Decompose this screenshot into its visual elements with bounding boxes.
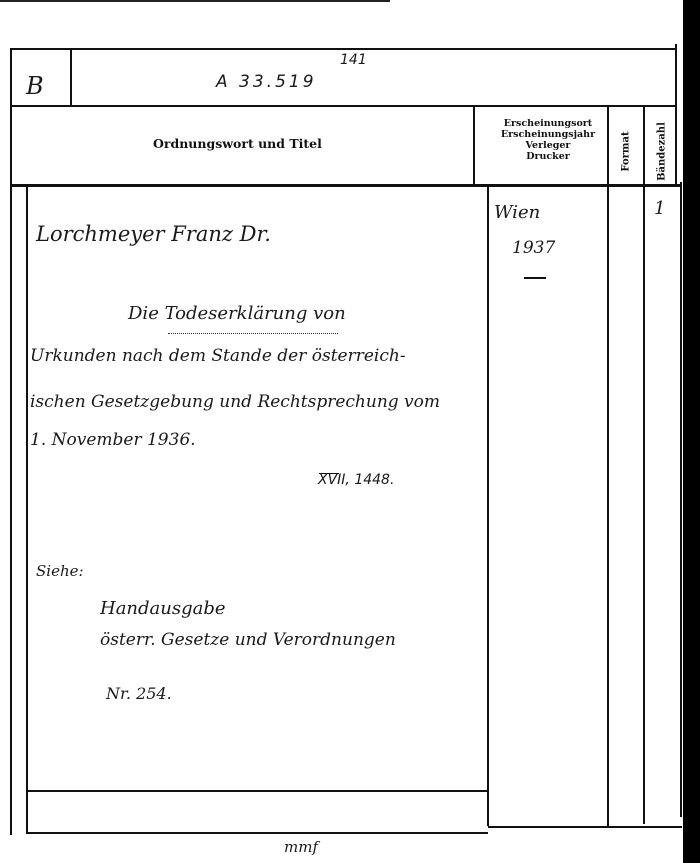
entry-title-line-3: ischen Gesetzgebung und Rechtsprechung v… — [30, 392, 440, 412]
frame-top — [10, 48, 676, 50]
col-divider-header-1 — [473, 106, 475, 186]
scan-edge-line — [0, 0, 390, 2]
header-publication-column: Erscheinungsort Erscheinungsjahr Verlege… — [489, 118, 607, 162]
header-publication-year: Erscheinungsjahr — [489, 129, 607, 140]
entry-volumes: 1 — [654, 198, 665, 219]
footer-initials: mmf — [284, 838, 318, 856]
header-printer: Drucker — [489, 151, 607, 162]
entry-title-line-1: Die Todeserklärung von — [128, 303, 346, 324]
corner-mark: B — [26, 72, 44, 100]
frame-right-lower — [680, 182, 682, 817]
bottom-row-line — [26, 790, 488, 792]
scan-border — [683, 0, 700, 863]
reference-overline — [319, 473, 339, 474]
col-divider-1 — [487, 186, 489, 826]
corner-box-divider — [70, 48, 72, 106]
see-line-1: Handausgabe — [100, 598, 226, 619]
header-title-column: Ordnungswort und Titel — [153, 136, 322, 151]
see-label: Siehe: — [36, 562, 84, 580]
signature-number: A 33.519 — [216, 72, 317, 92]
bottom-frame-left — [26, 832, 488, 834]
entry-author: Lorchmeyer Franz Dr. — [36, 222, 271, 246]
entry-title-line-4: 1. November 1936. — [30, 430, 196, 450]
entry-reference: XVII, 1448. — [318, 472, 394, 488]
frame-right-upper — [675, 44, 677, 184]
page-number: 141 — [340, 52, 367, 68]
see-line-3: Nr. 254. — [106, 684, 172, 703]
frame-left — [10, 48, 12, 835]
header-publisher: Verleger — [489, 140, 607, 151]
entry-year: 1937 — [512, 238, 555, 258]
header-volume-count-column: Bändezahl — [657, 122, 668, 182]
header-bottom — [12, 184, 682, 187]
top-row-bottom — [10, 105, 677, 107]
inner-left-border — [26, 186, 28, 834]
col-divider-2 — [607, 106, 609, 826]
entry-title-line-2: Urkunden nach dem Stande der österreich- — [30, 346, 406, 366]
bottom-frame-right — [488, 826, 682, 828]
header-format-column: Format — [621, 122, 632, 182]
entry-place: Wien — [494, 202, 540, 223]
header-publication-place: Erscheinungsort — [489, 118, 607, 129]
title-underline — [168, 333, 338, 334]
year-underline — [524, 277, 546, 279]
see-line-2: österr. Gesetze und Verordnungen — [100, 630, 396, 650]
col-divider-3 — [643, 106, 645, 824]
